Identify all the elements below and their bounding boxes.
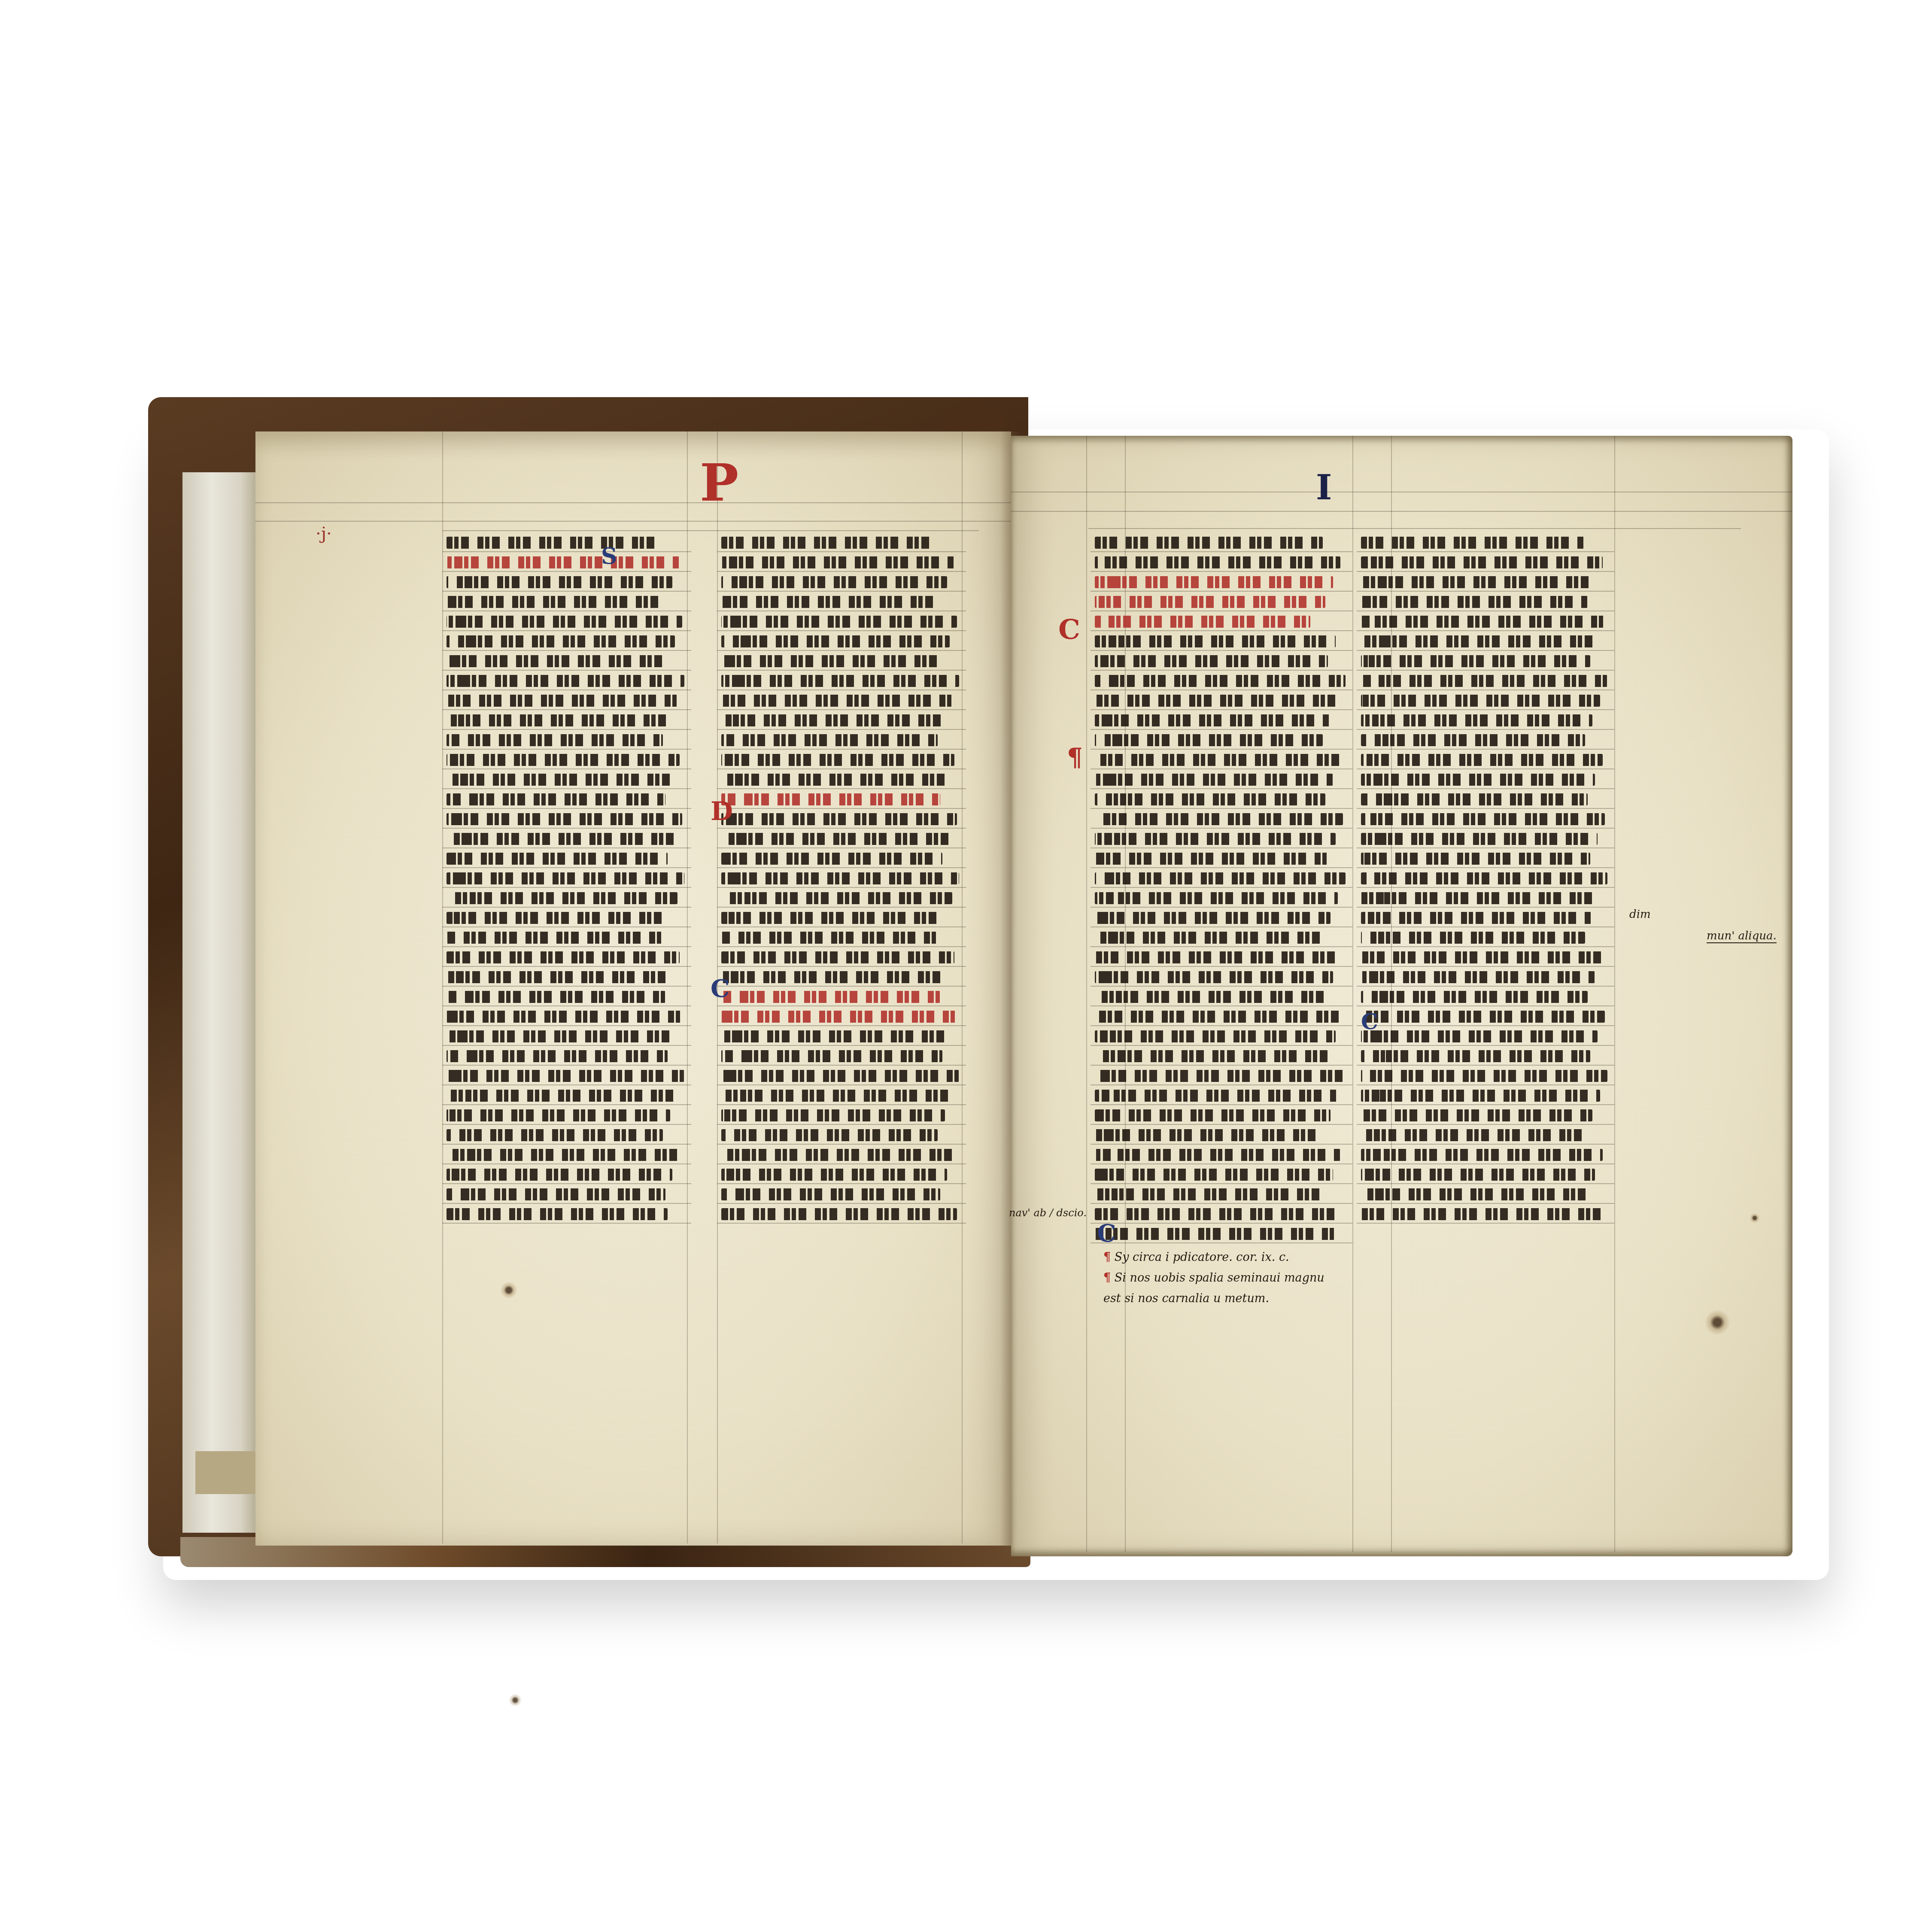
stain [1750,1213,1760,1223]
ruling-line [442,1183,691,1184]
script-line [1361,655,1590,667]
ruling-line [1091,670,1352,671]
ruling-line [1357,1144,1614,1145]
ruling-line [442,709,691,710]
ruling-line [1091,1223,1352,1224]
script-line [721,596,940,608]
ruling-line [717,749,966,750]
script-line [1361,833,1598,845]
ruling-line [1091,1104,1352,1105]
ruling-line [1091,1242,1352,1243]
ruling-line [1357,1005,1614,1006]
ruling-line [717,1183,966,1184]
script-line [447,813,682,825]
manuscript-photo: P ·j· S D C I C ¶ C C ¶ Sy circa i pdica… [0,0,1932,1932]
script-line [447,971,672,983]
text-column-left-2 [721,532,962,1241]
script-line [1095,774,1333,786]
ruling-line [1357,709,1614,710]
script-line [1361,971,1595,983]
ruling-line [1357,927,1614,927]
blue-initial-C-col2: C [1361,1011,1378,1033]
script-line [721,1090,952,1102]
script-line [721,616,957,628]
script-line [447,635,675,647]
script-line [1361,1149,1603,1161]
ruling-line [1357,749,1614,750]
script-line [1361,912,1592,924]
script-line [721,1070,959,1082]
ruling-line [717,630,966,631]
script-line [1095,655,1328,667]
ruling-line [1091,591,1352,592]
script-line [1095,576,1333,588]
script-line [721,655,942,667]
script-line [1095,853,1328,865]
script-line [447,991,665,1003]
script-line [1095,1030,1336,1042]
script-line [1361,1050,1590,1062]
ruling-line [1357,986,1614,987]
ruling-line [717,1144,966,1145]
script-line [721,1169,947,1181]
script-line [447,714,670,726]
ruling-line [1357,1065,1614,1066]
script-line [721,872,959,884]
script-line [1095,754,1340,766]
ruling-line [717,1045,966,1046]
ruling-line [442,1025,691,1026]
script-line [1361,1030,1598,1042]
ruling-line [1088,528,1741,529]
ruling-line [1357,867,1614,868]
ruling-line [1091,729,1352,730]
ruling-line [1091,1183,1352,1184]
ruling-line [255,521,1011,522]
script-line [1095,1228,1336,1240]
script-line [1095,971,1333,983]
script-line [1361,853,1590,865]
ruling-line [442,729,691,730]
script-line [447,695,677,707]
ruling-line [1091,867,1352,868]
script-line [721,734,938,746]
ruling-line [1357,808,1614,809]
ruling-line [1091,551,1352,552]
script-line [1095,556,1340,568]
flyleaf-vellum [182,472,257,1533]
flyleaf-strip [195,1451,255,1494]
script-line [1361,1109,1592,1121]
ruling-line [717,551,966,552]
script-line [447,774,672,786]
ruling-line [1357,630,1614,631]
script-line [1361,1129,1585,1141]
ruling-line [717,907,966,908]
script-line [721,991,940,1003]
script-line [447,793,665,805]
ruling-line [1091,769,1352,769]
script-line [1095,1208,1343,1220]
script-line [721,833,950,845]
ruling-line [1091,828,1352,829]
ruling-line [442,571,691,572]
ruling-line [1357,1045,1614,1046]
ruling-line [717,1065,966,1066]
ruling-line [1091,946,1352,947]
ruling-line [1357,1163,1614,1164]
script-line [1361,1090,1600,1102]
column-rule [1614,436,1615,1552]
ruling-line [442,1084,691,1085]
script-line [1361,556,1603,568]
ruling-line [1357,769,1614,769]
ruling-line [1357,591,1614,592]
ruling-line [717,1104,966,1105]
script-line [447,655,668,667]
ruling-line [442,1005,691,1006]
ruling-line [442,611,691,611]
ink-spot [500,1282,517,1299]
ruling-line [442,907,691,908]
script-line [721,576,947,588]
script-line [447,1070,684,1082]
ruling-line [255,502,1011,503]
script-line [1361,1070,1607,1082]
running-header-letter: P [700,457,738,509]
ruling-line [1091,709,1352,710]
script-line [447,556,680,568]
script-line [447,675,684,687]
script-line [721,1129,938,1141]
ruling-line [1357,907,1614,908]
ruling-line [442,986,691,987]
ruling-line [717,1124,966,1125]
ruling-line [1011,511,1792,512]
script-line [1361,754,1603,766]
ruling-line [1091,1065,1352,1066]
ruling-line [442,551,691,552]
ruling-line [442,966,691,967]
ruling-line [1357,1223,1614,1224]
script-line [1095,951,1340,963]
ruling-line [1091,749,1352,750]
ruling-line [717,1005,966,1006]
script-line [721,932,938,944]
script-line [447,616,682,628]
script-line [447,1208,668,1220]
script-line [1095,1188,1325,1200]
ruling-line [717,1163,966,1164]
ruling-line [1357,670,1614,671]
ruling-line [442,769,691,769]
script-line [721,695,952,707]
annotation-line: Si nos uobis spalia seminaui magnu [1115,1271,1324,1285]
annotation-line: est si nos carnalia u metum. [1103,1292,1269,1305]
script-line [721,1050,942,1062]
ruling-line [442,690,691,690]
script-line [1095,892,1338,904]
ruling-line [1357,1104,1614,1105]
ruling-line [442,630,691,631]
script-line [447,932,663,944]
script-line [1095,991,1325,1003]
ruling-line [1091,650,1352,651]
script-line [447,1169,672,1181]
ruling-line [442,1223,691,1224]
ruling-line [442,828,691,829]
ruling-line [442,1124,691,1125]
right-page: I C ¶ C C ¶ Sy circa i pdicatore. cor. i… [1011,436,1792,1556]
ruling-line [442,650,691,651]
folio-marker: ·j· [316,524,332,544]
ruling-line [1357,1124,1614,1125]
script-line [721,793,940,805]
script-line [1361,892,1600,904]
ruling-line [1357,828,1614,829]
ruling-line [717,1025,966,1026]
script-line [1095,833,1336,845]
ruling-line [442,1144,691,1145]
script-line [1095,932,1323,944]
script-line [721,635,950,647]
ruling-line [442,887,691,888]
script-line [447,951,680,963]
ruling-line [442,1163,691,1164]
script-line [1095,1050,1328,1062]
script-line [447,872,684,884]
script-line [1095,734,1323,746]
script-line [1361,813,1605,825]
blue-initial-S: S [601,545,617,568]
ink-spot [509,1694,522,1707]
annotation-block: ¶ Sy circa i pdicatore. cor. ix. c. ¶ Si… [1103,1247,1370,1309]
ruling-line [717,867,966,868]
ruling-line [1357,946,1614,947]
column-rule [962,431,963,1543]
script-line [721,754,954,766]
script-line [721,892,952,904]
text-column-right-1 [1095,532,1348,1262]
script-line [1095,635,1336,647]
script-line [447,833,675,845]
ruling-line [1091,690,1352,690]
ruling-line [1091,808,1352,809]
ruling-line [717,986,966,987]
script-line [447,537,663,549]
script-line [447,1050,668,1062]
script-line [721,912,945,924]
script-line [447,853,668,865]
script-line [1095,695,1338,707]
red-initial-D: D [711,799,733,824]
script-line [1361,793,1588,805]
script-line [1361,695,1600,707]
script-line [1361,774,1595,786]
script-line [721,1109,945,1121]
ruling-line [442,749,691,750]
ruling-line [442,946,691,947]
ruling-line [717,1084,966,1085]
script-line [447,912,670,924]
ruling-line [717,966,966,967]
script-line [1361,714,1592,726]
ruling-line [442,808,691,809]
ruling-line [717,650,966,651]
blue-initial-C: C [711,977,730,1001]
ruling-line [1091,1124,1352,1125]
script-line [721,714,945,726]
ruling-line [1357,788,1614,789]
script-line [1361,951,1603,963]
ruling-line [442,1104,691,1105]
ruling-line [1357,1203,1614,1204]
ruling-line [1091,887,1352,888]
ruling-line [1091,1045,1352,1046]
ruling-line [442,1065,691,1066]
script-line [1095,1011,1343,1023]
script-line [1361,872,1607,884]
script-line [1095,537,1323,549]
script-line [1095,616,1310,628]
column-rule [687,431,688,1543]
ruling-line [442,530,979,531]
script-line [721,774,947,786]
script-line [447,892,677,904]
script-line [1361,1011,1605,1023]
ruling-line [1357,611,1614,611]
script-line [721,1149,954,1161]
ruling-line [1091,986,1352,987]
script-line [1095,1129,1323,1141]
ruling-line [1357,650,1614,651]
script-line [1095,1070,1346,1082]
script-line [1361,537,1585,549]
script-line [1095,1169,1333,1181]
script-line [1361,576,1595,588]
ruling-line [717,927,966,927]
ruling-line [1357,966,1614,967]
script-line [721,556,954,568]
red-initial-P: C [1058,616,1080,644]
ruling-line [717,709,966,710]
ruling-line [1091,907,1352,908]
script-line [721,853,942,865]
annotation-line: Sy circa i pdicatore. cor. ix. c. [1115,1251,1289,1264]
script-line [721,1030,950,1042]
ruling-line [717,670,966,671]
ruling-line [1091,848,1352,848]
ruling-line [442,1045,691,1046]
script-line [1361,635,1598,647]
script-line [447,1030,675,1042]
column-rule [1086,436,1087,1552]
ruling-line [717,848,966,848]
ruling-line [1357,551,1614,552]
script-line [1361,1208,1605,1220]
script-line [1095,714,1331,726]
script-line [1095,596,1325,608]
script-line [1361,616,1605,628]
script-line [721,813,957,825]
ruling-line [1091,1144,1352,1145]
running-header-letter: I [1316,470,1332,504]
ruling-line [717,769,966,769]
ruling-line [1091,630,1352,631]
script-line [447,1090,677,1102]
ruling-line [1091,1084,1352,1085]
script-line [721,675,959,687]
ruling-line [717,611,966,611]
script-line [447,1109,670,1121]
ruling-line [1357,1084,1614,1085]
script-line [1095,1149,1340,1161]
ruling-line [1091,927,1352,927]
ruling-line [717,808,966,809]
script-line [1095,793,1325,805]
pilcrow-icon: ¶ [1103,1271,1111,1285]
script-line [1095,813,1343,825]
ruling-line [442,867,691,868]
script-line [1361,932,1585,944]
ruling-line [442,1203,691,1204]
script-line [1095,872,1346,884]
ruling-line [717,690,966,690]
blue-initial-C: C [1097,1221,1116,1245]
text-column-left-1 [447,532,687,1241]
script-line [1095,1109,1331,1121]
ruling-line [717,591,966,592]
ruling-line [1357,571,1614,572]
script-line [447,1011,682,1023]
red-pilcrow: ¶ [1067,745,1083,770]
script-line [1361,991,1588,1003]
script-line [447,1188,665,1200]
ruling-line [1357,729,1614,730]
script-line [1095,1090,1338,1102]
script-line [447,576,672,588]
column-rule [442,431,443,1543]
ruling-line [1091,571,1352,572]
script-line [447,1129,663,1141]
ruling-line [1357,690,1614,690]
ruling-line [1091,1163,1352,1164]
script-line [447,734,663,746]
gutter-marginalia: nav' ab / dscio. [1009,1206,1087,1219]
ruling-line [1091,1025,1352,1026]
ruling-line [1357,848,1614,848]
ruling-line [442,848,691,848]
script-line [1095,912,1331,924]
script-line [1361,734,1585,746]
script-line [447,596,665,608]
ruling-line [717,946,966,947]
left-page: P ·j· S D C [255,431,1011,1546]
script-line [721,971,947,983]
margin-note: mun' aliqua. [1707,930,1777,943]
ruling-line [1091,1203,1352,1204]
ruling-line [717,788,966,789]
ruling-line [717,887,966,888]
stain [1704,1309,1730,1335]
ruling-line [1091,1005,1352,1006]
ruling-line [442,788,691,789]
script-line [1095,675,1346,687]
script-line [721,1011,957,1023]
script-line [721,537,938,549]
script-line [721,1208,957,1220]
script-line [1361,675,1607,687]
